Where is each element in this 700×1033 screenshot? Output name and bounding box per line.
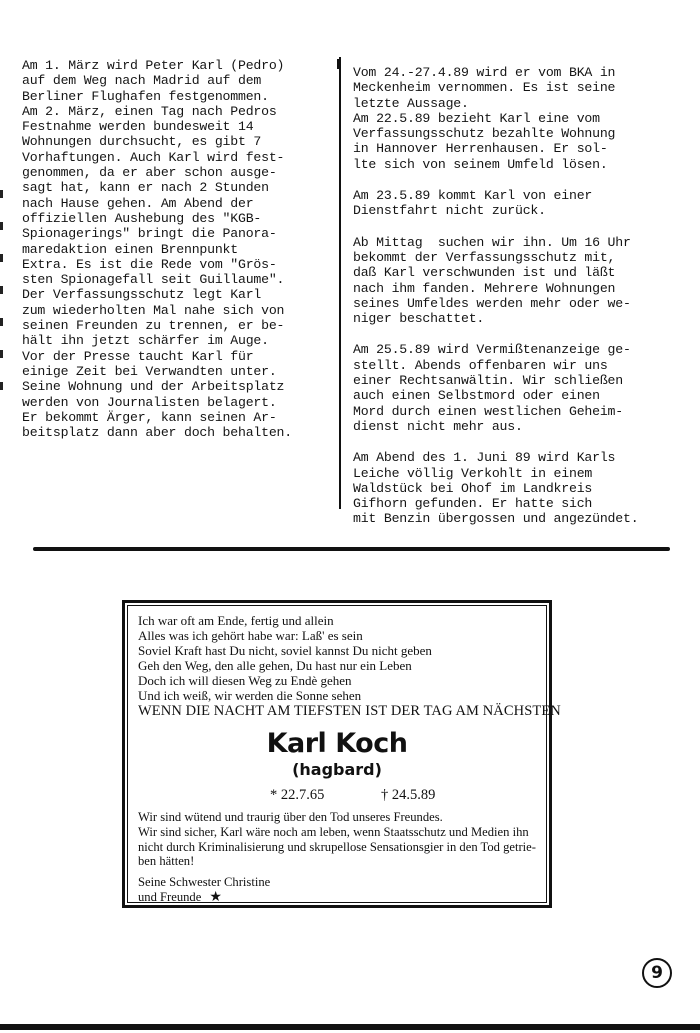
text-line: sagt hat, kann er nach 2 Stunden: [22, 180, 332, 195]
text-line: lte sich von seinem Umfeld lösen.: [353, 157, 688, 172]
text-line: bekommt der Verfassungsschutz mit,: [353, 250, 688, 265]
text-line: Waldstück bei Ohof im Landkreis: [353, 481, 688, 496]
text-line: zum wiederholten Mal nahe sich von: [22, 303, 332, 318]
right-column-text: Vom 24.-27.4.89 wird er vom BKA inMecken…: [353, 65, 688, 527]
text-line: Am 22.5.89 bezieht Karl eine vom: [353, 111, 688, 126]
text-line: beitsplatz dann aber doch behalten.: [22, 425, 332, 440]
obituary-inner-frame: Ich war oft am Ende, fertig und alleinAl…: [127, 605, 547, 903]
paragraph: Am Abend des 1. Juni 89 wird KarlsLeiche…: [353, 450, 688, 526]
text-line: Am 2. März, einen Tag nach Pedros: [22, 104, 332, 119]
section-divider-rule: [33, 547, 670, 551]
paragraph-gap: [353, 219, 688, 235]
message-line: Wir sind wütend und traurig über den Tod…: [138, 810, 536, 825]
text-line: Er bekommt Ärger, kann seinen Ar-: [22, 410, 332, 425]
text-line: Leiche völlig Verkohlt in einem: [353, 466, 688, 481]
obituary-signature: Seine Schwester Christine und Freunde★: [138, 875, 536, 906]
text-line: Verfassungsschutz bezahlte Wohnung: [353, 126, 688, 141]
text-line: niger beschattet.: [353, 311, 688, 326]
text-line: Spionagerings" bringt die Panora-: [22, 226, 332, 241]
text-line: Vom 24.-27.4.89 wird er vom BKA in: [353, 65, 688, 80]
text-line: daß Karl verschwunden ist und läßt: [353, 265, 688, 280]
paragraph: Am 23.5.89 kommt Karl von einerDienstfah…: [353, 188, 688, 219]
page-number: 9: [642, 958, 672, 988]
text-line: Vor der Presse taucht Karl für: [22, 349, 332, 364]
text-line: einige Zeit bei Verwandten unter.: [22, 364, 332, 379]
text-line: Seine Wohnung und der Arbeitsplatz: [22, 379, 332, 394]
text-line: nach ihm fanden. Mehrere Wohnungen: [353, 281, 688, 296]
message-line: ben hätten!: [138, 854, 536, 869]
life-dates: * 22.7.65 † 24.5.89: [138, 784, 536, 808]
deceased-name: Karl Koch: [138, 728, 536, 760]
poem-line: Doch ich will diesen Weg zu Endè gehen: [138, 673, 536, 688]
obituary-poem: Ich war oft am Ende, fertig und alleinAl…: [138, 613, 536, 703]
text-line: mit Benzin übergossen und angezündet.: [353, 511, 688, 526]
bottom-border-rule: [0, 1024, 700, 1030]
text-line: Am Abend des 1. Juni 89 wird Karls: [353, 450, 688, 465]
text-line: einer Rechtsanwältin. Wir schließen: [353, 373, 688, 388]
text-line: seines Umfeldes werden mehr oder we-: [353, 296, 688, 311]
poem-line: Und ich weiß, wir werden die Sonne sehen: [138, 688, 536, 703]
paragraph: Am 25.5.89 wird Vermißtenanzeige ge-stel…: [353, 342, 688, 434]
text-line: in Hannover Herrenhausen. Er sol-: [353, 141, 688, 156]
paragraph-gap: [353, 172, 688, 188]
text-line: Gifhorn gefunden. Er hatte sich: [353, 496, 688, 511]
text-line: hält ihn jetzt schärfer im Auge.: [22, 333, 332, 348]
paragraph: Ab Mittag suchen wir ihn. Um 16 Uhrbekom…: [353, 235, 688, 327]
text-line: auf dem Weg nach Madrid auf dem: [22, 73, 332, 88]
message-line: Wir sind sicher, Karl wäre noch am leben…: [138, 825, 536, 840]
text-line: Dienstfahrt nicht zurück.: [353, 203, 688, 218]
paragraph-gap: [353, 326, 688, 342]
text-line: seinen Freunden zu trennen, er be-: [22, 318, 332, 333]
poem-line: Ich war oft am Ende, fertig und allein: [138, 613, 536, 628]
text-line: Am 23.5.89 kommt Karl von einer: [353, 188, 688, 203]
text-line: Am 25.5.89 wird Vermißtenanzeige ge-: [353, 342, 688, 357]
left-column-text: Am 1. März wird Peter Karl (Pedro)auf de…: [22, 58, 332, 440]
scan-edge-marks: [0, 190, 5, 410]
obituary-notice: Ich war oft am Ende, fertig und alleinAl…: [122, 600, 552, 908]
text-line: werden von Journalisten belagert.: [22, 395, 332, 410]
text-line: Vorhaftungen. Auch Karl wird fest-: [22, 150, 332, 165]
text-line: Der Verfassungsschutz legt Karl: [22, 287, 332, 302]
text-line: maredaktion einen Brennpunkt: [22, 242, 332, 257]
star-icon: ★: [209, 890, 222, 905]
text-line: sten Spionagefall seit Guillaume".: [22, 272, 332, 287]
obituary-message: Wir sind wütend und traurig über den Tod…: [138, 810, 536, 869]
text-line: Festnahme werden bundesweit 14: [22, 119, 332, 134]
birth-date: * 22.7.65: [270, 787, 324, 804]
column-divider: [339, 57, 341, 509]
text-line: Am 1. März wird Peter Karl (Pedro): [22, 58, 332, 73]
message-line: nicht durch Kriminalisierung und skrupel…: [138, 840, 536, 855]
text-line: stellt. Abends offenbaren wir uns: [353, 358, 688, 373]
paragraph-gap: [353, 434, 688, 450]
deceased-alias: (hagbard): [138, 760, 536, 780]
text-line: letzte Aussage.: [353, 96, 688, 111]
paragraph: Vom 24.-27.4.89 wird er vom BKA inMecken…: [353, 65, 688, 172]
text-line: Wohnungen durchsucht, es gibt 7: [22, 134, 332, 149]
text-line: Ab Mittag suchen wir ihn. Um 16 Uhr: [353, 235, 688, 250]
text-line: Berliner Flughafen festgenommen.: [22, 89, 332, 104]
poem-line: Geh den Weg, den alle gehen, Du hast nur…: [138, 658, 536, 673]
poem-line: Soviel Kraft hast Du nicht, soviel kanns…: [138, 643, 536, 658]
text-line: nach Hause gehen. Am Abend der: [22, 196, 332, 211]
signature-line-1: Seine Schwester Christine: [138, 875, 536, 890]
poem-headline: WENN DIE NACHT AM TIEFSTEN IST DER TAG A…: [138, 703, 536, 720]
text-line: dienst nicht mehr aus.: [353, 419, 688, 434]
text-line: auch einen Selbstmord oder einen: [353, 388, 688, 403]
text-line: genommen, da er aber schon ausge-: [22, 165, 332, 180]
text-line: Meckenheim vernommen. Es ist seine: [353, 80, 688, 95]
text-line: offiziellen Aushebung des "KGB-: [22, 211, 332, 226]
text-line: Extra. Es ist die Rede vom "Grös-: [22, 257, 332, 272]
signature-line-2: und Freunde★: [138, 890, 536, 906]
signature-text: und Freunde: [138, 890, 201, 904]
death-date: † 24.5.89: [381, 787, 435, 804]
text-line: Mord durch einen westlichen Geheim-: [353, 404, 688, 419]
poem-line: Alles was ich gehört habe war: Laß' es s…: [138, 628, 536, 643]
